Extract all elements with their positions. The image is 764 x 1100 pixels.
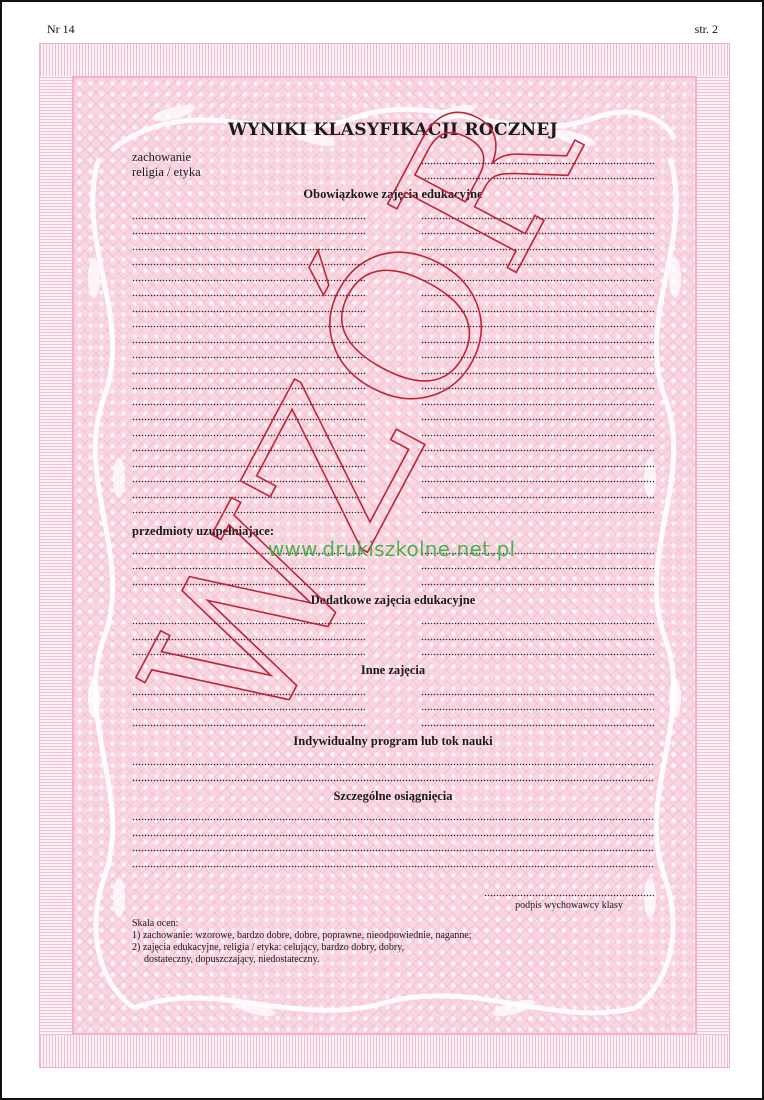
entry-line[interactable] xyxy=(421,220,654,236)
entry-line[interactable] xyxy=(132,437,365,453)
entry-line[interactable] xyxy=(132,837,654,853)
entry-line[interactable] xyxy=(132,421,365,437)
entry-line[interactable] xyxy=(421,452,654,468)
scale-heading: Skala ocen: xyxy=(132,918,654,930)
grading-scale: Skala ocen: 1) zachowanie: wzorowe, bard… xyxy=(132,918,654,966)
entry-line[interactable] xyxy=(421,235,654,251)
entry-line[interactable] xyxy=(132,610,365,626)
entry-line[interactable] xyxy=(421,313,654,329)
entry-line[interactable] xyxy=(421,421,654,437)
entry-line[interactable] xyxy=(132,282,365,298)
entry-line[interactable] xyxy=(132,328,365,344)
entry-line[interactable] xyxy=(132,375,365,391)
form-title: WYNIKI KLASYFIKACJI ROCZNEJ xyxy=(132,120,654,140)
entry-line[interactable] xyxy=(132,499,365,515)
entry-line[interactable] xyxy=(421,406,654,422)
website-watermark: www.drukiszkolne.net.pl xyxy=(268,537,515,561)
entry-line[interactable] xyxy=(132,696,365,712)
other-activities-grid xyxy=(132,680,654,727)
behavior-grade-field[interactable] xyxy=(421,150,654,165)
mandatory-subjects-grid xyxy=(132,204,654,514)
scale-line-2-cont: dostateczny, dopuszczający, niedostatecz… xyxy=(132,954,654,966)
entry-line[interactable] xyxy=(421,570,654,586)
religion-label: religia / etyka xyxy=(132,165,365,180)
entry-line[interactable] xyxy=(132,220,365,236)
entry-line[interactable] xyxy=(132,235,365,251)
signature-field[interactable] xyxy=(484,884,654,897)
entry-line[interactable] xyxy=(421,359,654,375)
section-other: Inne zajęcia xyxy=(132,663,654,678)
entry-line[interactable] xyxy=(421,680,654,696)
entry-line[interactable] xyxy=(132,266,365,282)
entry-line[interactable] xyxy=(421,468,654,484)
entry-line[interactable] xyxy=(421,641,654,657)
entry-line[interactable] xyxy=(132,821,654,837)
entry-line[interactable] xyxy=(132,711,365,727)
entry-line[interactable] xyxy=(421,266,654,282)
scale-line-1: 1) zachowanie: wzorowe, bardzo dobre, do… xyxy=(132,930,654,942)
section-mandatory: Obowiązkowe zajęcia edukacyjne xyxy=(132,187,654,202)
entry-line[interactable] xyxy=(421,499,654,515)
section-achievements: Szczególne osiągnięcia xyxy=(132,789,654,804)
scale-line-2: 2) zajęcia edukacyjne, religia / etyka: … xyxy=(132,942,654,954)
entry-line[interactable] xyxy=(132,390,365,406)
entry-line[interactable] xyxy=(132,204,365,220)
entry-line[interactable] xyxy=(132,406,365,422)
additional-subjects-grid xyxy=(132,610,654,657)
entry-line[interactable] xyxy=(132,806,654,822)
entry-line[interactable] xyxy=(132,751,654,767)
entry-line[interactable] xyxy=(421,711,654,727)
entry-line[interactable] xyxy=(421,204,654,220)
entry-line[interactable] xyxy=(132,766,654,782)
section-additional: Dodatkowe zajęcia edukacyjne xyxy=(132,593,654,608)
behavior-label: zachowanie xyxy=(132,150,365,165)
entry-line[interactable] xyxy=(421,696,654,712)
achievements-lines xyxy=(132,806,654,868)
entry-line[interactable] xyxy=(132,641,365,657)
entry-line[interactable] xyxy=(132,468,365,484)
page-number: str. 2 xyxy=(695,22,718,37)
religion-grade-field[interactable] xyxy=(421,165,654,180)
entry-line[interactable] xyxy=(421,297,654,313)
entry-line[interactable] xyxy=(132,625,365,641)
entry-line[interactable] xyxy=(421,282,654,298)
entry-line[interactable] xyxy=(132,344,365,360)
individual-program-lines xyxy=(132,751,654,782)
entry-line[interactable] xyxy=(421,375,654,391)
entry-line[interactable] xyxy=(421,625,654,641)
entry-line[interactable] xyxy=(421,251,654,267)
entry-line[interactable] xyxy=(132,313,365,329)
form-number: Nr 14 xyxy=(47,22,75,37)
entry-line[interactable] xyxy=(421,328,654,344)
section-individual: Indywidualny program lub tok nauki xyxy=(132,734,654,749)
entry-line[interactable] xyxy=(132,852,654,868)
entry-line[interactable] xyxy=(421,610,654,626)
entry-line[interactable] xyxy=(421,390,654,406)
entry-line[interactable] xyxy=(421,483,654,499)
entry-line[interactable] xyxy=(132,452,365,468)
entry-line[interactable] xyxy=(132,251,365,267)
entry-line[interactable] xyxy=(132,680,365,696)
entry-line[interactable] xyxy=(132,297,365,313)
entry-line[interactable] xyxy=(132,570,365,586)
signature-label: podpis wychowawcy klasy xyxy=(484,900,654,912)
entry-line[interactable] xyxy=(421,437,654,453)
entry-line[interactable] xyxy=(132,483,365,499)
entry-line[interactable] xyxy=(132,359,365,375)
entry-line[interactable] xyxy=(421,344,654,360)
